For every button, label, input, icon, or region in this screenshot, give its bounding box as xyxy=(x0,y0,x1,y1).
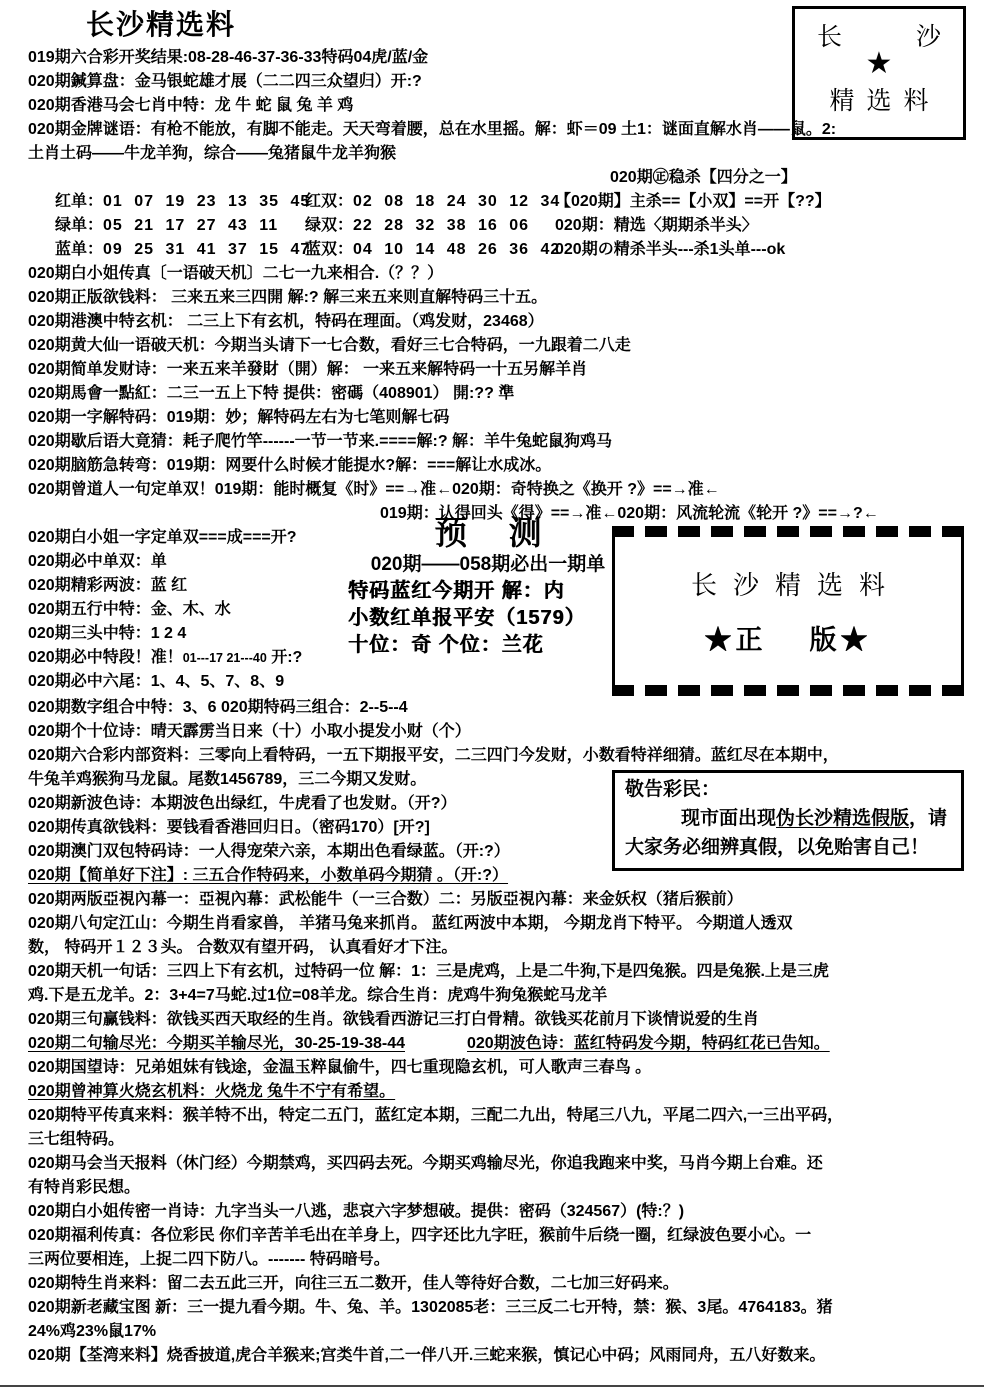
logo-char-1: 长 xyxy=(817,17,842,53)
green-single-cell: 绿单：05 21 17 27 43 11 xyxy=(55,214,305,238)
blue-single-label: 蓝单： xyxy=(55,241,103,258)
sheet-line: 020期天机一句话：三四上下有玄机，过特码一位 解：1：三是虎鸡，上是二牛狗,下… xyxy=(28,960,972,984)
logo-bottom-row: 精选料 xyxy=(795,81,963,117)
warning-underlined-text: 伪长沙精选假版 xyxy=(776,808,909,829)
prediction-section: 020期白小姐一字定单双===成===开? 020期必中单双：单 020期精彩两… xyxy=(28,526,972,696)
blue-double-values: 04 10 14 48 26 36 42 xyxy=(353,241,560,258)
dual-underlined-row: 020期二句输尽光：今期买羊输尽光，30-25-19-38-44 020期波色诗… xyxy=(28,1032,972,1056)
green-double-values: 22 28 32 38 16 06 xyxy=(353,217,529,234)
select-kill-line: 020期：精选〈期期杀半头〉 xyxy=(555,214,972,238)
segment-range: 01---17 21---40 xyxy=(183,651,267,665)
authentic-edition-box: 长沙精选料 ★正 版★ xyxy=(612,526,964,696)
red-single-values: 01 07 19 23 13 35 45 xyxy=(103,193,310,210)
sheet-line: 020期个十位诗：晴天霹雳当日来（十）小取小提发小财（个） xyxy=(28,720,972,744)
sheet-line: 020期简单发财诗：一来五来羊發財（開）解： 一来五来解特码一十五另解羊肖 xyxy=(28,358,972,382)
numbers-row-green: 绿单：05 21 17 27 43 11 绿双：22 28 32 38 16 0… xyxy=(28,214,972,238)
sheet-line: 数， 特码开１２３头。 合数双有望开码， 认真看好才下注。 xyxy=(28,936,972,960)
sheet-line: 020期两版亞視內幕一：亞視內幕：武松能牛（一三合数）二：另版亞視內幕：来金妖权… xyxy=(28,888,972,912)
green-double-cell: 绿双：22 28 32 38 16 06 xyxy=(305,214,555,238)
half-kill-line: 020期の精杀半头---杀1头单---ok xyxy=(555,238,972,262)
sheet-line: 020期白小姐传真〔一语破天机〕二七一九来相合.（？？） xyxy=(28,262,972,286)
warning-title: 敬告彩民： xyxy=(625,775,953,804)
calligraphy-line: 十位：奇 个位：兰花 xyxy=(328,632,648,659)
sheet-content: 长沙精选料 019期六合彩开奖结果:08-28-46-37-36-33特码04虎… xyxy=(0,0,984,1368)
sheet-line: 020期黄大仙一语破天机：今期当头请下一七合数，看好三七合特码，一九跟着二八走 xyxy=(28,334,972,358)
blue-double-cell: 蓝双：04 10 14 48 26 36 42 xyxy=(305,238,555,262)
blue-double-label: 蓝双： xyxy=(305,241,353,258)
sheet-line: 020期福利传真：各位彩民 你们辛苦羊毛出在羊身上，四字还比九字旺，猴前牛后绕一… xyxy=(28,1224,972,1248)
warning-line-1: 现市面出现伪长沙精选假版，请 xyxy=(625,804,953,833)
sheet-line: 020期正版欲钱料： 三来五来三四開 解:? 解三来五来则直解特码三十五。 xyxy=(28,286,972,310)
blue-single-values: 09 25 31 41 37 15 47 xyxy=(103,241,310,258)
calligraphy-line: 小数红单报平安（1579） xyxy=(328,605,648,632)
prediction-heading: 预 测 xyxy=(328,514,648,552)
numbers-row-red: 红单：01 07 19 23 13 35 45 红双：02 08 18 24 3… xyxy=(28,190,972,214)
counterfeit-warning-box: 敬告彩民： 现市面出现伪长沙精选假版，请 大家务必细辨真假，以免贻害自己！ xyxy=(612,770,964,871)
sheet-line: 020期歇后语大竟猜：耗子爬竹竿------一节一节来.====解:? 解：羊牛… xyxy=(28,430,972,454)
warning-text: 现市面出现 xyxy=(681,808,776,829)
main-kill-line: 【020期】主杀==【小双】==开【??】 xyxy=(555,190,972,214)
sheet-line: 020期六合彩内部资料：三零向上看特码，一五下期报平安，二三四门今发财，小数看特… xyxy=(28,744,972,768)
lose-all-line: 020期二句输尽光：今期买羊输尽光，30-25-19-38-44 xyxy=(28,1032,405,1056)
sheet-line: 020期一字解特码：019期：妙；解特码左右为七笔则解七码 xyxy=(28,406,972,430)
prediction-subheading: 020期——058期必出一期单 xyxy=(328,552,648,578)
lottery-tip-sheet: 长 沙 ★ 精选料 长沙精选料 019期六合彩开奖结果:08-28-46-37-… xyxy=(0,0,984,1388)
sheet-line: 020期特生肖来料：留二去五此三开，向往三五二数开，佳人等待好合数，二七加三好码… xyxy=(28,1272,972,1296)
sheet-line: 三七组特码。 xyxy=(28,1128,972,1152)
notice-section: 020期六合彩内部资料：三零向上看特码，一五下期报平安，二三四门今发财，小数看特… xyxy=(28,744,972,888)
blue-single-cell: 蓝单：09 25 31 41 37 15 47 xyxy=(55,238,305,262)
sheet-line: 020期马会当天报料（休门经）今期禁鸡，买四码去死。今期买鸡输尽光，你追我跑来中… xyxy=(28,1152,972,1176)
sheet-line: 鸡.下是五龙羊。2：3+4=7马蛇.过1位=08羊龙。综合生肖：虎鸡牛狗兔猴蛇马… xyxy=(28,984,972,1008)
sheet-line: 有特肖彩民想。 xyxy=(28,1176,972,1200)
sheet-line: 020期八句定江山：今期生肖看家兽， 羊猪马兔来抓肖。 蓝红两波中本期， 今期龙… xyxy=(28,912,972,936)
sheet-line: 020期港澳中特玄机： 二三上下有玄机，特码在理面。（鸡发财，23468） xyxy=(28,310,972,334)
sheet-line: 020期数字组合中特：3、6 020期特码三组合：2--5--4 xyxy=(28,696,972,720)
logo-char-2: 沙 xyxy=(916,17,941,53)
authentic-box-title: 长沙精选料 xyxy=(675,565,901,602)
green-double-label: 绿双： xyxy=(305,217,353,234)
sheet-line: 020期脑筋急转弯：019期：网要什么时候才能提水?解：===解让水成冰。 xyxy=(28,454,972,478)
red-double-label: 红双： xyxy=(305,193,353,210)
sheet-line: 020期曾神算火烧玄机料：火烧龙 兔牛不宁有希望。 xyxy=(28,1080,972,1104)
masthead-logo-box: 长 沙 ★ 精选料 xyxy=(792,6,966,140)
sheet-line: 020期新老藏宝图 新：三一提九看今期。牛、兔、羊。1302085老：三三反二七… xyxy=(28,1296,972,1320)
sheet-line: 020期馬會一點紅：二三一五上下特 提供：密碼（408901） 開:?? 準 xyxy=(28,382,972,406)
green-single-values: 05 21 17 27 43 11 xyxy=(103,217,278,234)
calligraphy-line: 特码蓝红今期开 解：内 xyxy=(328,578,648,605)
stable-kill-line: 020期㊣稳杀【四分之一】 xyxy=(28,166,972,190)
red-single-cell: 红单：01 07 19 23 13 35 45 xyxy=(55,190,305,214)
sheet-line: 三两位要相连，上捉二四下防八。------- 特码暗号。 xyxy=(28,1248,972,1272)
sheet-line: 020期特平传真来料：猴羊特不出，特定二五门，蓝红定本期，三配二九出，特尾三八九… xyxy=(28,1104,972,1128)
prediction-center: 预 测 020期——058期必出一期单 特码蓝红今期开 解：内 小数红单报平安（… xyxy=(328,514,648,659)
sheet-line: 020期三句赢钱料：欲钱买西天取经的生肖。欲钱看西游记三打白骨精。欲钱买花前月下… xyxy=(28,1008,972,1032)
star-icon: ★ xyxy=(795,49,963,79)
authentic-box-label: ★正 版★ xyxy=(705,618,872,657)
warning-text: ，请 xyxy=(909,808,947,829)
sheet-line: 020期白小姐传密一肖诗：九字当头一八逃，悲哀六字梦想破。提供：密码（32456… xyxy=(28,1200,972,1224)
sheet-line: 020期【荃湾来料】烧香披道,虎合羊猴来;宫类牛首,二一伴八开.三蛇来猴，慎记心… xyxy=(28,1344,972,1368)
warning-line-2: 大家务必细辨真假，以免贻害自己！ xyxy=(625,833,953,862)
sheet-line: 土肖土码——牛龙羊狗，综合——兔猪鼠牛龙羊狗猴 xyxy=(28,142,972,166)
sheet-line: 020期国望诗：兄弟姐妹有钱途，金温玉粹鼠偷牛，四七重现隐玄机，可人歌声三春鸟 … xyxy=(28,1056,972,1080)
bottom-edge-rule xyxy=(0,1385,984,1387)
segment-suffix: 开:? xyxy=(267,649,303,666)
red-single-label: 红单： xyxy=(55,193,103,210)
numbers-row-blue: 蓝单：09 25 31 41 37 15 47 蓝双：04 10 14 48 2… xyxy=(28,238,972,262)
red-double-values: 02 08 18 24 30 12 34 xyxy=(353,193,560,210)
red-double-cell: 红双：02 08 18 24 30 12 34 xyxy=(305,190,555,214)
segment-prefix: 020期必中特段！准！ xyxy=(28,649,183,666)
sheet-line: 24%鸡23%鼠17% xyxy=(28,1320,972,1344)
wave-color-poem-line: 020期波色诗：蓝红特码发今期，特码红花已告知。 xyxy=(467,1032,830,1056)
green-single-label: 绿单： xyxy=(55,217,103,234)
sheet-line: 020期曾道人一句定单双！019期：能时概复《时》==→准←020期：奇特换之《… xyxy=(28,478,972,502)
